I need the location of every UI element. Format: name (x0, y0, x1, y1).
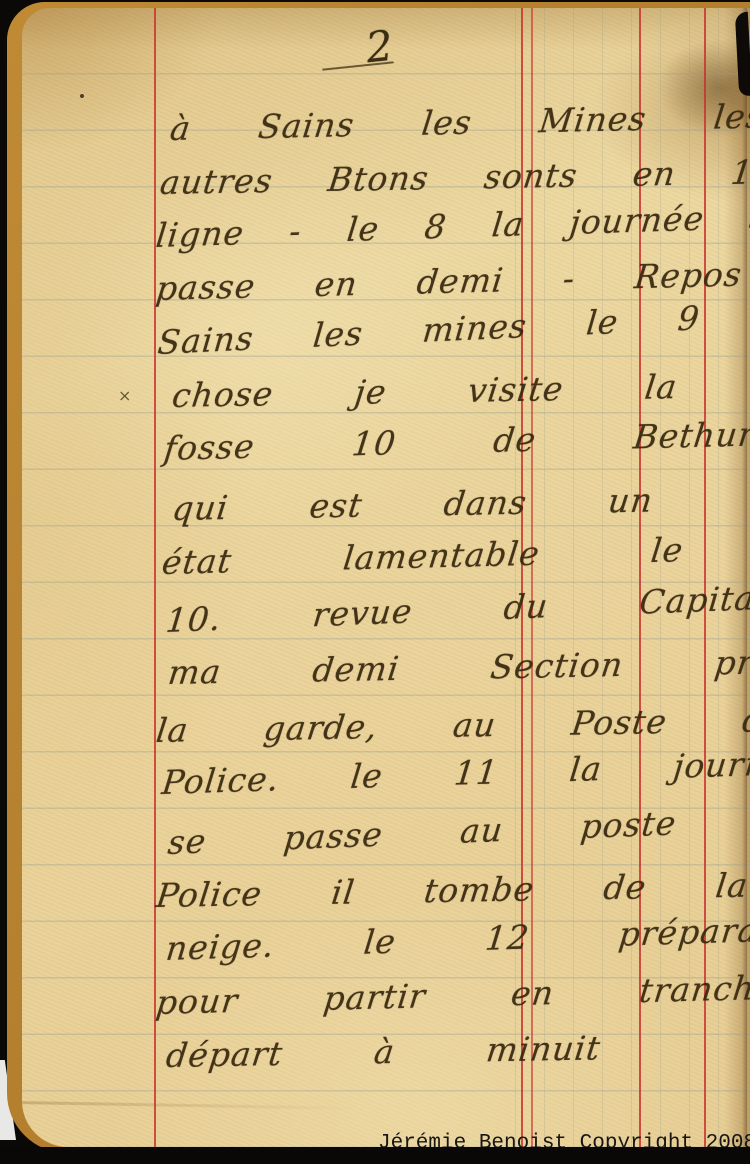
handwritten-line: départ à minuit (164, 1028, 603, 1075)
bottom-border (0, 1147, 750, 1164)
notebook-page: 2 × à Sains les Mines les autres Btons s… (22, 8, 750, 1147)
ink-mark: × (118, 386, 131, 405)
scanned-notebook-photo: 2 × à Sains les Mines les autres Btons s… (0, 0, 750, 1164)
ink-speck (80, 94, 84, 98)
red-margin-line-left (154, 8, 156, 1147)
